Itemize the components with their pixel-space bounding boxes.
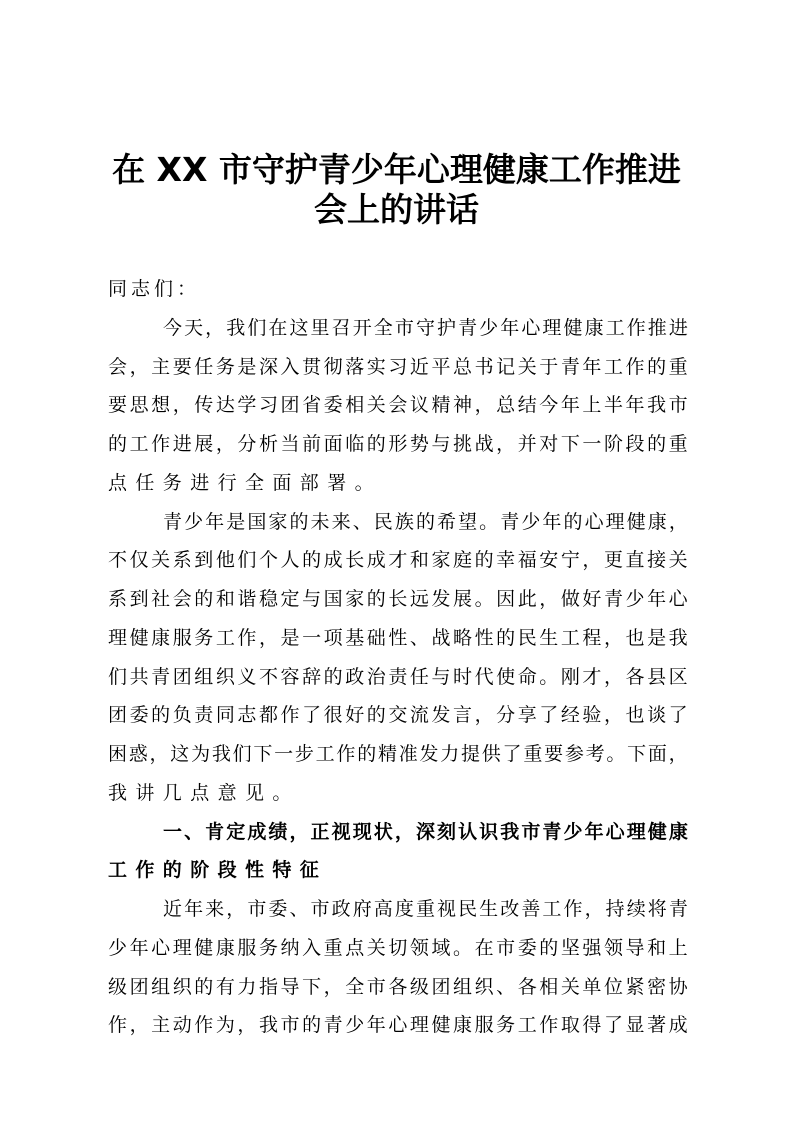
text-line: 近年来，市委、市政府高度重视民生改善工作，持续将青 [108,890,688,929]
document-body: 同志们： 今天，我们在这里召开全市守护青少年心理健康工作推进 会，主要任务是深入… [108,270,688,1045]
text-line: 少年心理健康服务纳入重点关切领域。在市委的坚强领导和上 [108,929,688,968]
document-page: 在 XX 市守护青少年心理健康工作推进 会上的讲话 同志们： 今天，我们在这里召… [0,0,793,1122]
title-line-1: 在 XX 市守护青少年心理健康工作推进 [100,150,693,190]
text-line: 点任务进行全面部署。 [108,464,688,503]
document-title: 在 XX 市守护青少年心理健康工作推进 会上的讲话 [100,150,693,230]
heading-line: 一、肯定成绩，正视现状，深刻认识我市青少年心理健康 [108,813,688,852]
text-line: 级团组织的有力指导下，全市各级团组织、各相关单位紧密协 [108,968,688,1007]
section-heading-1: 一、肯定成绩，正视现状，深刻认识我市青少年心理健康 工作的阶段性特征 [108,813,688,891]
text-line: 团委的负责同志都作了很好的交流发言，分享了经验，也谈了 [108,696,688,735]
text-line: 青少年是国家的未来、民族的希望。青少年的心理健康， [108,503,688,542]
text-line: 理健康服务工作，是一项基础性、战略性的民生工程，也是我 [108,619,688,658]
paragraph-achievements: 近年来，市委、市政府高度重视民生改善工作，持续将青 少年心理健康服务纳入重点关切… [108,890,688,1045]
paragraph-significance: 青少年是国家的未来、民族的希望。青少年的心理健康， 不仅关系到他们个人的成长成才… [108,503,688,813]
text-line: 困惑，这为我们下一步工作的精准发力提供了重要参考。下面， [108,735,688,774]
text-line: 要思想，传达学习团省委相关会议精神，总结今年上半年我市 [108,386,688,425]
text-line: 的工作进展，分析当前面临的形势与挑战，并对下一阶段的重 [108,425,688,464]
heading-line: 工作的阶段性特征 [108,851,688,890]
salutation: 同志们： [108,270,688,309]
title-line-2: 会上的讲话 [100,190,693,230]
text-line: 们共青团组织义不容辞的政治责任与时代使命。刚才，各县区 [108,658,688,697]
text-line: 系到社会的和谐稳定与国家的长远发展。因此，做好青少年心 [108,580,688,619]
text-line: 不仅关系到他们个人的成长成才和家庭的幸福安宁，更直接关 [108,541,688,580]
text-line: 作，主动作为，我市的青少年心理健康服务工作取得了显著成 [108,1006,688,1045]
paragraph-opening: 今天，我们在这里召开全市守护青少年心理健康工作推进 会，主要任务是深入贯彻落实习… [108,309,688,503]
text-line: 我讲几点意见。 [108,774,688,813]
text-line: 会，主要任务是深入贯彻落实习近平总书记关于青年工作的重 [108,348,688,387]
text-line: 今天，我们在这里召开全市守护青少年心理健康工作推进 [108,309,688,348]
